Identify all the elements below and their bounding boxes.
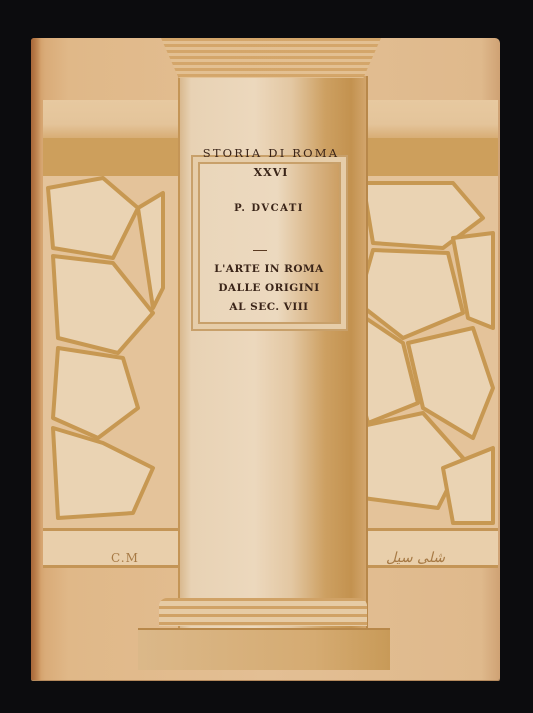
book-cover: C.M ﺷﻠﯽ ﺳﯿﻞ STORIA DI ROMA XXVI P. DVCAT… (31, 38, 500, 680)
artist-signature: C.M (111, 551, 139, 565)
column-plinth (138, 628, 390, 670)
book-title-line-3: AL SEC. VIII (191, 301, 347, 313)
volume-number: XXVI (171, 166, 371, 179)
spine-edge (31, 38, 41, 680)
ledge-scribble: ﺷﻠﯽ ﺳﯿﻞ (386, 550, 445, 566)
author-name: P. DVCATI (191, 203, 347, 214)
divider (253, 250, 267, 251)
series-title: STORIA DI ROMA (171, 146, 371, 160)
book-title-line-1: L'ARTE IN ROMA (191, 263, 347, 275)
column-base-torus (159, 598, 367, 626)
book-title-line-2: DALLE ORIGINI (191, 282, 347, 294)
column-capital (161, 38, 381, 78)
